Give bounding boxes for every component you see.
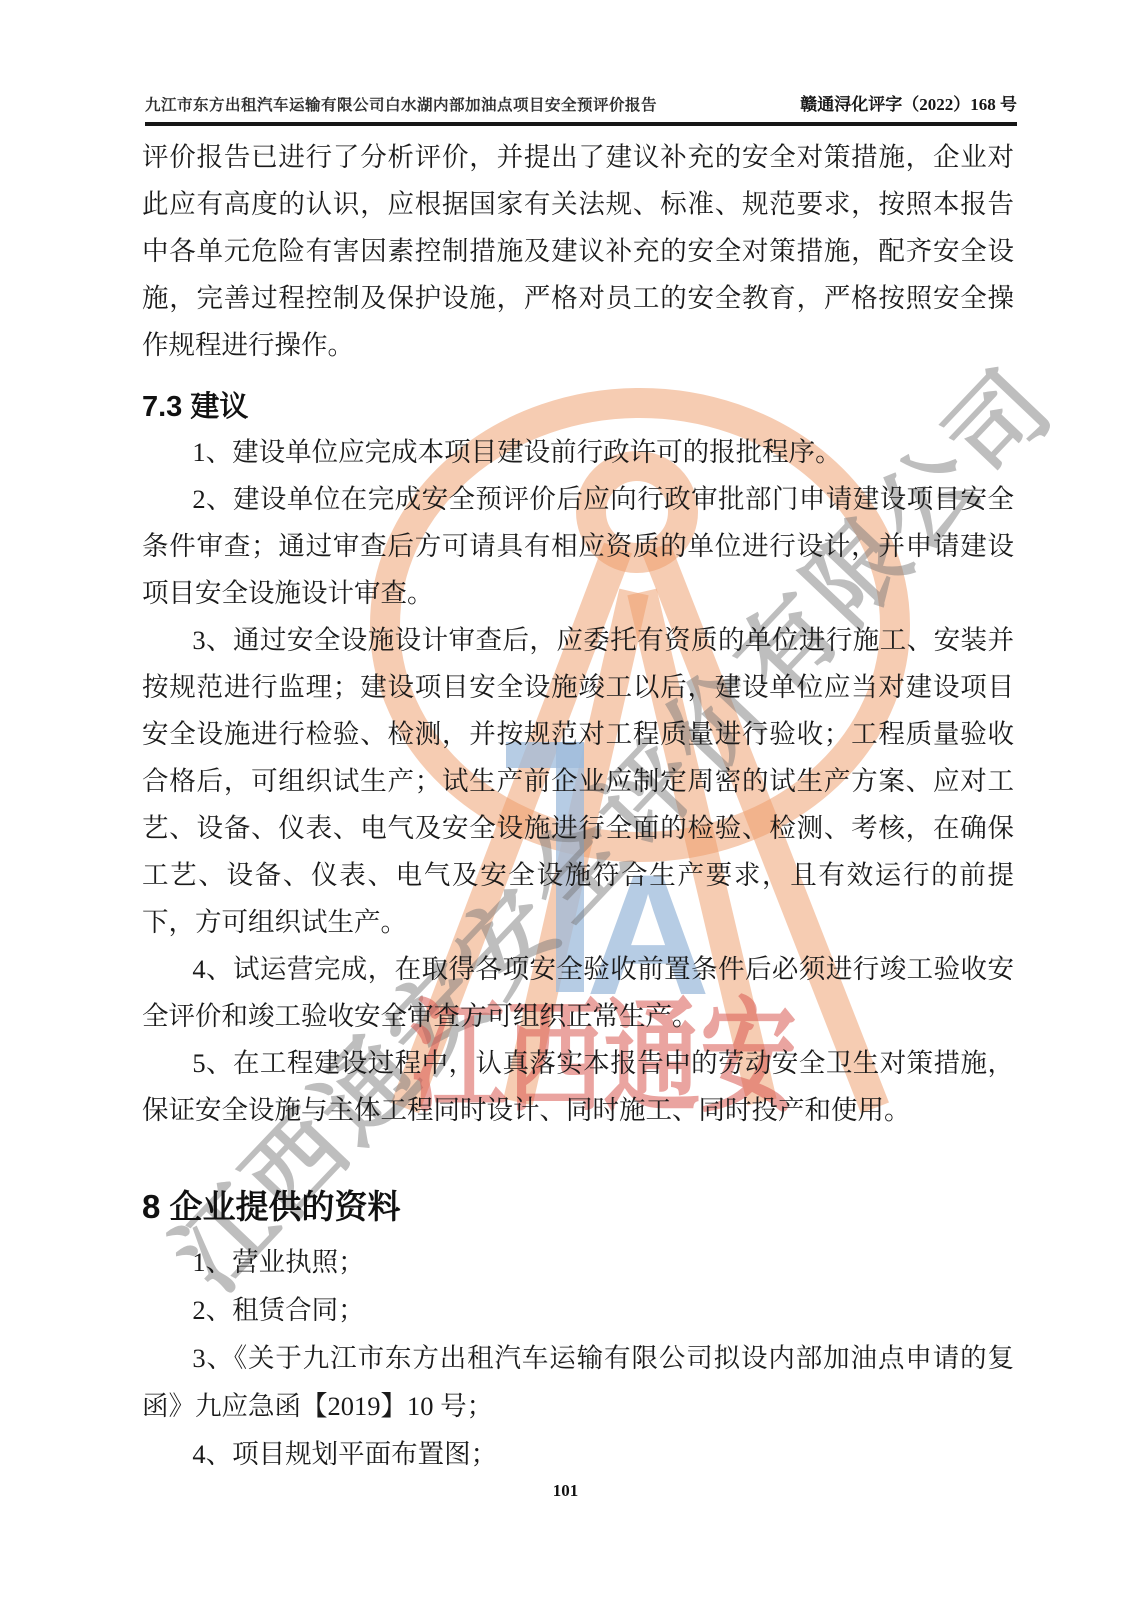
document-content: 九江市东方出租汽车运输有限公司白水湖内部加油点项目安全预评价报告 赣通浔化评字（…	[0, 0, 1131, 1600]
material-item: 4、项目规划平面布置图；	[142, 1430, 1014, 1478]
section-8-heading: 8 企业提供的资料	[142, 1184, 1014, 1230]
header-report-title: 九江市东方出租汽车运输有限公司白水湖内部加油点项目安全预评价报告	[145, 93, 657, 115]
report-page: A 江西通安安全评价有限公司 江西通安 九江市东方出租汽车运输有限公司白水湖内部…	[0, 0, 1131, 1600]
materials-list: 1、营业执照； 2、租赁合同； 3、《关于九江市东方出租汽车运输有限公司拟设内部…	[142, 1238, 1014, 1478]
suggestion-item: 2、建设单位在完成安全预评价后应向行政审批部门申请建设项目安全条件审查；通过审查…	[142, 476, 1014, 617]
header-doc-number: 赣通浔化评字（2022）168 号	[800, 90, 1017, 115]
page-header: 九江市东方出租汽车运输有限公司白水湖内部加油点项目安全预评价报告 赣通浔化评字（…	[145, 90, 1017, 126]
intro-paragraph: 评价报告已进行了分析评价，并提出了建议补充的安全对策措施，企业对此应有高度的认识…	[142, 134, 1014, 369]
body-text: 评价报告已进行了分析评价，并提出了建议补充的安全对策措施，企业对此应有高度的认识…	[142, 134, 1014, 1478]
section-7-3-heading: 7.3 建议	[142, 385, 1014, 429]
material-item: 2、租赁合同；	[142, 1286, 1014, 1334]
material-item: 3、《关于九江市东方出租汽车运输有限公司拟设内部加油点申请的复函》九应急函【20…	[142, 1334, 1014, 1430]
suggestion-item: 3、通过安全设施设计审查后，应委托有资质的单位进行施工、安装并按规范进行监理；建…	[142, 617, 1014, 946]
page-number: 101	[0, 1481, 1131, 1501]
suggestion-item: 1、建设单位应完成本项目建设前行政许可的报批程序。	[142, 429, 1014, 476]
suggestion-item: 4、试运营完成，在取得各项安全验收前置条件后必须进行竣工验收安全评价和竣工验收安…	[142, 946, 1014, 1040]
suggestion-item: 5、在工程建设过程中，认真落实本报告中的劳动安全卫生对策措施，保证安全设施与主体…	[142, 1040, 1014, 1134]
material-item: 1、营业执照；	[142, 1238, 1014, 1286]
